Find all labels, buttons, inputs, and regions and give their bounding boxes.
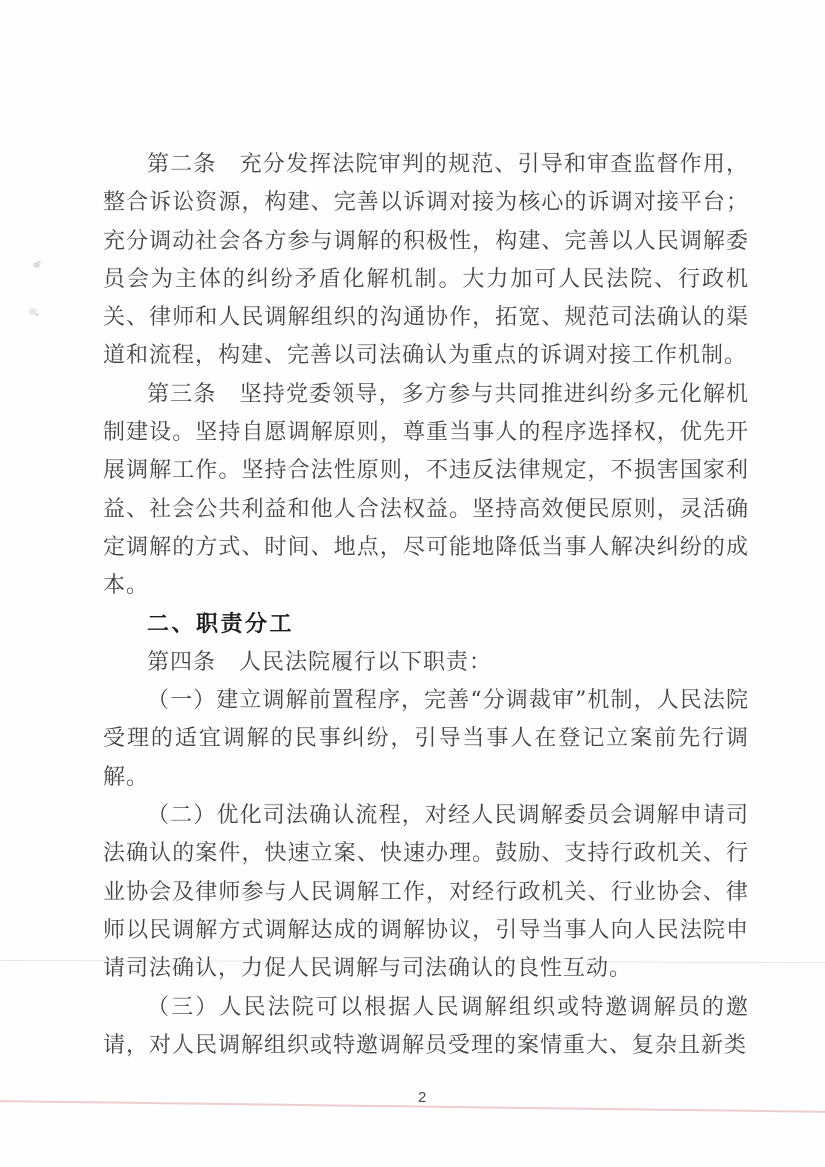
paragraph: （三）人民法院可以根据人民调解组织或特邀调解员的邀请，对人民调解组织或特邀调解员… bbox=[103, 989, 749, 1066]
paragraph: 第四条 人民法院履行以下职责： bbox=[103, 644, 749, 682]
scan-speck bbox=[29, 308, 37, 315]
scan-artifact-line-pink bbox=[0, 1100, 825, 1112]
paragraph: 第三条 坚持党委领导，多方参与共同推进纠纷多元化解机制建设。坚持自愿调解原则，尊… bbox=[103, 376, 749, 606]
page-number: 2 bbox=[418, 1089, 426, 1106]
paragraph: （二）优化司法确认流程，对经人民调解委员会调解申请司法确认的案件，快速立案、快速… bbox=[103, 797, 749, 988]
paragraph: 第二条 充分发挥法院审判的规范、引导和审查监督作用，整合诉讼资源，构建、完善以诉… bbox=[103, 146, 749, 376]
scan-speck bbox=[33, 262, 40, 268]
document-body: 第二条 充分发挥法院审判的规范、引导和审查监督作用，整合诉讼资源，构建、完善以诉… bbox=[103, 146, 749, 1065]
scanned-document-page: 第二条 充分发挥法院审判的规范、引导和审查监督作用，整合诉讼资源，构建、完善以诉… bbox=[0, 0, 825, 1167]
paragraph: （一）建立调解前置程序，完善“分调裁审”机制，人民法院受理的适宜调解的民事纠纷，… bbox=[103, 682, 749, 797]
section-heading: 二、职责分工 bbox=[103, 606, 749, 644]
